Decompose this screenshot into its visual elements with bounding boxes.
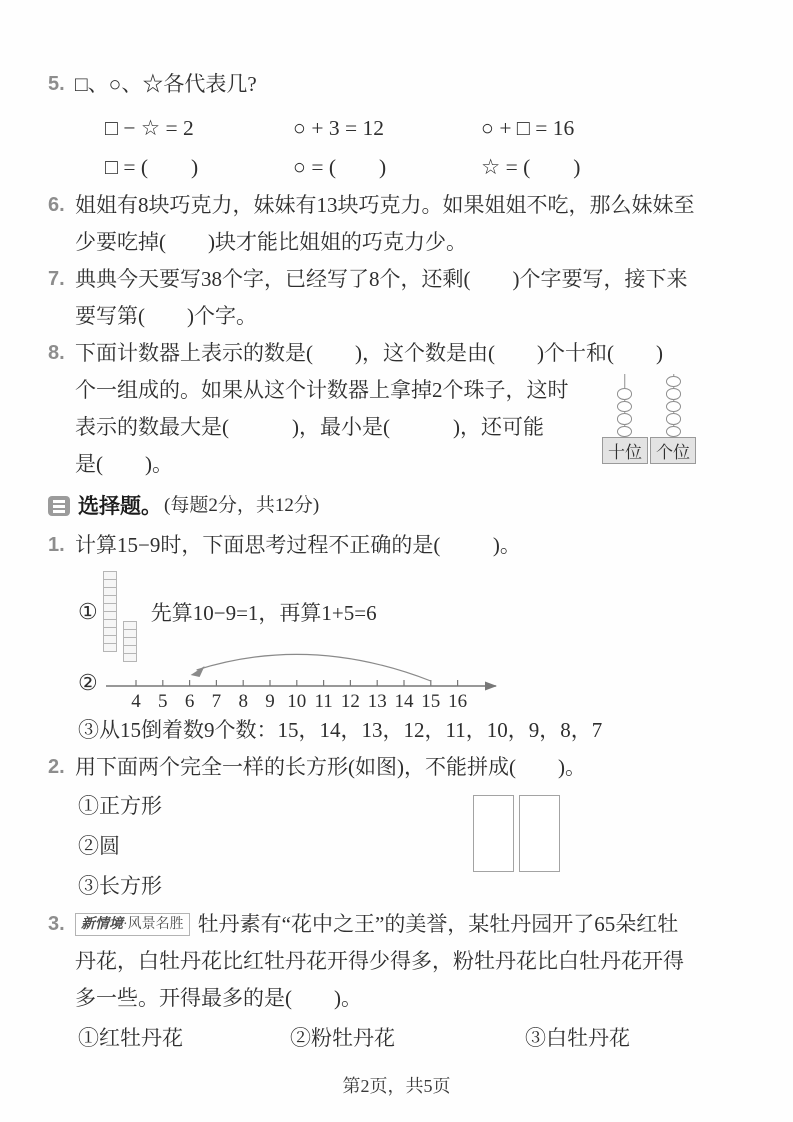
rectangle-shape: [519, 795, 560, 872]
question-text: 是( )。: [75, 446, 173, 483]
q5-equation-2: ○ + 3 = 12: [293, 109, 481, 148]
question-number: 7.: [48, 261, 75, 298]
question-number: 1.: [48, 527, 75, 564]
option-1-caption: 先算10−9=1，再算1+5=6: [151, 597, 377, 627]
abacus-counter: 十位 个位: [602, 374, 696, 464]
question-text: 少要吃掉( )块才能比姐姐的巧克力少。: [75, 224, 467, 261]
page-footer: 第2页，共5页: [0, 1072, 793, 1098]
option-2-numberline-row: ② 45678910111213141516: [48, 646, 753, 710]
abacus-rod-tens: [602, 374, 647, 437]
q5-title-line: 5. □、○、☆各代表几?: [48, 66, 753, 103]
abacus-label-ones: 个位: [650, 437, 696, 464]
question-number: 8.: [48, 335, 75, 372]
base-ten-blocks: [103, 572, 137, 652]
q3-option-1: ①红牡丹花: [78, 1017, 290, 1059]
svg-text:5: 5: [158, 691, 168, 712]
q5-answer-2: ○ = ( ): [293, 148, 481, 187]
context-badge: 新情境·风景名胜: [75, 913, 190, 936]
q3-option-3: ③白牡丹花: [525, 1017, 630, 1059]
svg-text:8: 8: [238, 691, 248, 712]
q2-option-3: ③长方形: [78, 866, 162, 906]
q3-options-row: ①红牡丹花 ②粉牡丹花 ③白牡丹花: [48, 1017, 753, 1059]
list-icon: [48, 496, 70, 516]
q5-equation-3: ○ + □ = 16: [481, 109, 574, 148]
section-points-note: (每题2分，共12分): [164, 485, 319, 527]
question-number: 3.: [48, 906, 75, 943]
svg-text:15: 15: [421, 691, 440, 712]
option-marker: ①: [78, 599, 98, 625]
section-title: 选择题。: [78, 485, 162, 527]
section-header-choice: 选择题。 (每题2分，共12分): [48, 485, 753, 527]
svg-text:9: 9: [265, 691, 275, 712]
q5-answer-1: □ = ( ): [105, 148, 293, 187]
svg-text:16: 16: [448, 691, 467, 712]
q2-option-2: ②圆: [78, 826, 120, 866]
question-number: 2.: [48, 749, 75, 786]
question-5: 5. □、○、☆各代表几? □ − ☆ = 2 ○ + 3 = 12 ○ + □…: [48, 66, 753, 187]
q5-answer-3: ☆ = ( ): [481, 148, 580, 187]
q5-equation-1: □ − ☆ = 2: [105, 109, 293, 148]
question-text: 个一组成的。如果从这个计数器上拿掉2个珠子，这时: [75, 372, 569, 409]
question-text: 要写第( )个字。: [75, 298, 257, 335]
question-number: 5.: [48, 66, 75, 103]
question-7: 7. 典典今天要写38个字，已经写了8个，还剩( )个字要写，接下来 要写第( …: [48, 261, 753, 335]
question-text: 丹花，白牡丹花比红牡丹花开得少得多，粉牡丹花比白牡丹花开得: [75, 943, 684, 980]
q3-option-2: ②粉牡丹花: [290, 1017, 525, 1059]
rectangle-shape: [473, 795, 514, 872]
badge-rest: ·风景名胜: [123, 917, 184, 932]
svg-text:11: 11: [314, 691, 332, 712]
number-line-svg: 45678910111213141516: [106, 646, 506, 710]
question-text: 姐姐有8块巧克力，妹妹有13块巧克力。如果姐姐不吃，那么妹妹至: [75, 187, 695, 224]
q5-equations: □ − ☆ = 2 ○ + 3 = 12 ○ + □ = 16: [48, 109, 753, 148]
question-text: □、○、☆各代表几?: [75, 66, 257, 103]
question-6: 6. 姐姐有8块巧克力，妹妹有13块巧克力。如果姐姐不吃，那么妹妹至 少要吃掉(…: [48, 187, 753, 261]
svg-text:10: 10: [287, 691, 306, 712]
question-number: 6.: [48, 187, 75, 224]
svg-text:14: 14: [394, 691, 414, 712]
option-3-text: ③从15倒着数9个数：15，14，13，12，11，10，9，8，7: [48, 712, 753, 749]
svg-text:4: 4: [131, 691, 141, 712]
two-rectangles-figure: [473, 795, 560, 872]
question-text: 多一些。开得最多的是( )。: [75, 980, 362, 1017]
abacus-label-tens: 十位: [602, 437, 648, 464]
svg-text:7: 7: [211, 691, 221, 712]
question-text: 计算15−9时，下面思考过程不正确的是( )。: [75, 527, 521, 564]
question-text: 下面计数器上表示的数是( )，这个数是由( )个十和( ): [75, 335, 663, 372]
abacus-rod-ones: [651, 374, 696, 437]
q5-answer-blanks: □ = ( ) ○ = ( ) ☆ = ( ): [48, 148, 753, 187]
question-text: 牡丹素有“花中之王”的美誉，某牡丹园开了65朵红牡: [198, 906, 679, 943]
svg-text:13: 13: [367, 691, 386, 712]
question-text: 典典今天要写38个字，已经写了8个，还剩( )个字要写，接下来: [75, 261, 687, 298]
question-text: 用下面两个完全一样的长方形(如图)，不能拼成( )。: [75, 749, 586, 786]
choice-question-2: 2. 用下面两个完全一样的长方形(如图)，不能拼成( )。 ①正方形 ②圆 ③长…: [48, 749, 753, 906]
worksheet-page: 5. □、○、☆各代表几? □ − ☆ = 2 ○ + 3 = 12 ○ + □…: [0, 0, 793, 1122]
choice-question-3: 3. 新情境·风景名胜 牡丹素有“花中之王”的美誉，某牡丹园开了65朵红牡 丹花…: [48, 906, 753, 1059]
choice-question-1: 1. 计算15−9时，下面思考过程不正确的是( )。 ① 先算10−9=1，再算…: [48, 527, 753, 749]
badge-emphasis: 新情境: [81, 917, 123, 932]
svg-text:6: 6: [185, 691, 195, 712]
question-text: 表示的数最大是( )，最小是( )，还可能: [75, 409, 544, 446]
svg-text:12: 12: [341, 691, 360, 712]
option-marker: ②: [78, 670, 98, 696]
q2-option-1: ①正方形: [78, 786, 162, 826]
